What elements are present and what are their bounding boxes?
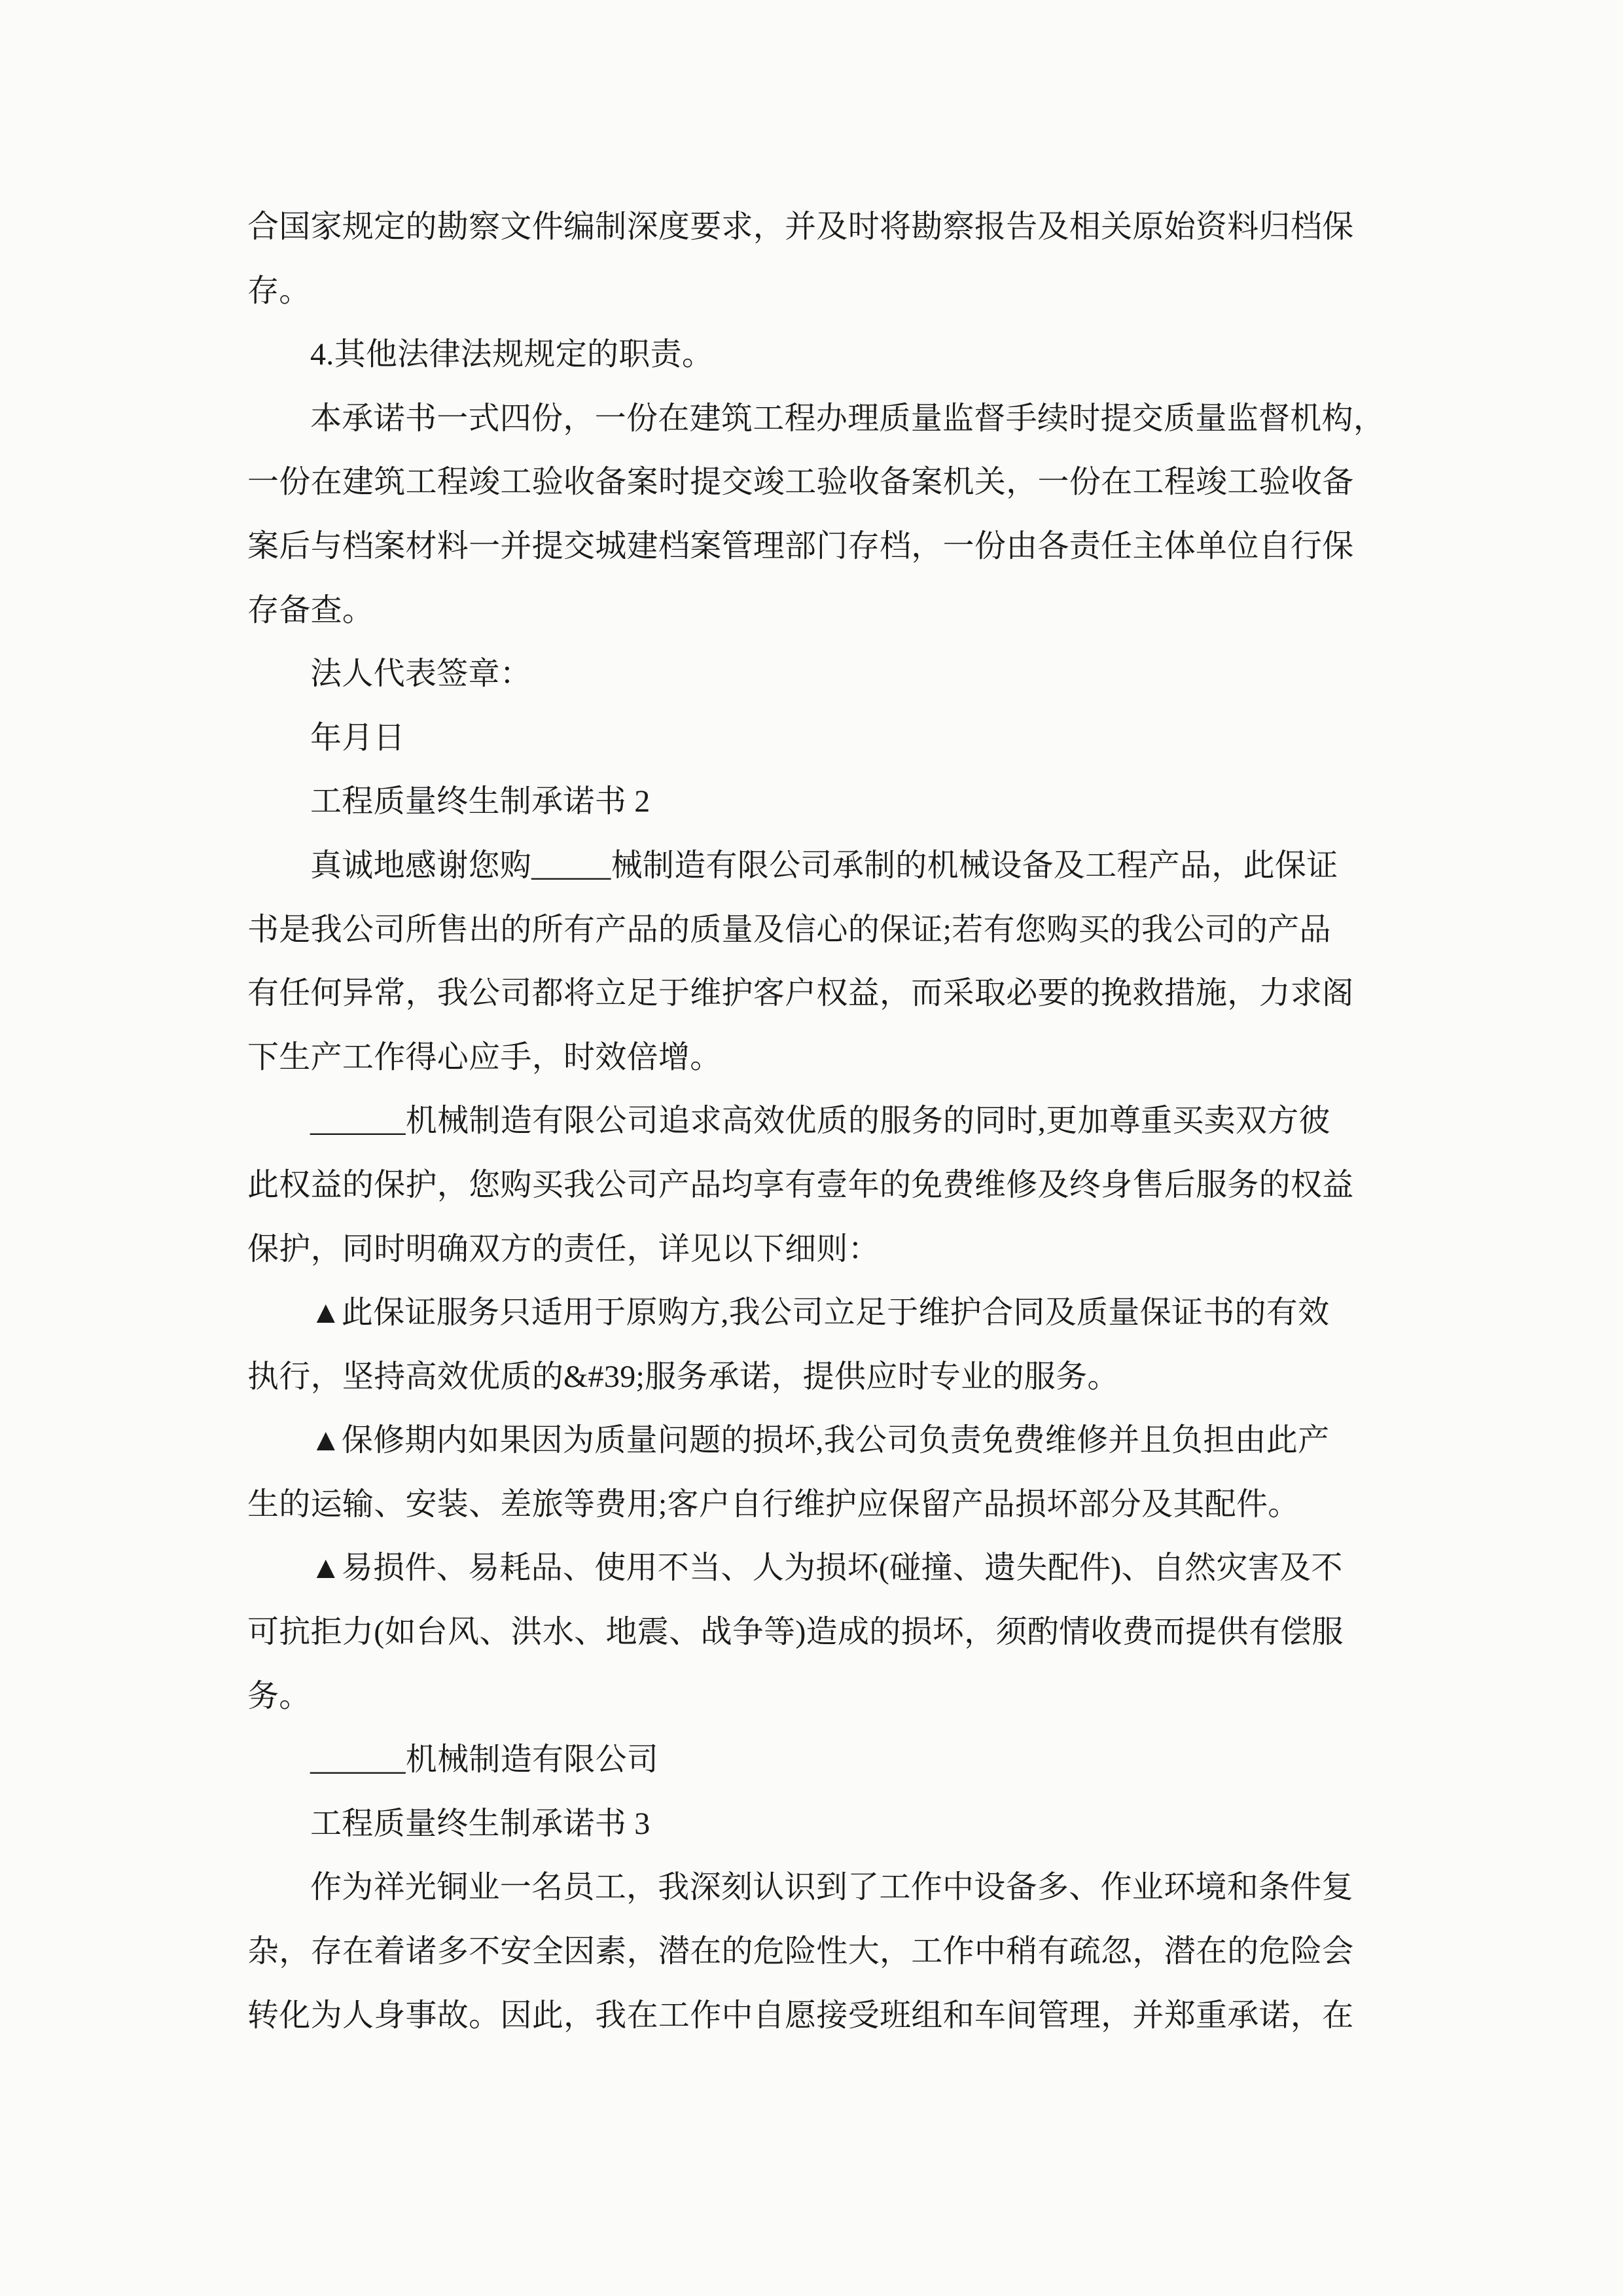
text-line: 年月日 <box>247 706 1402 770</box>
document-body: 合国家规定的勘察文件编制深度要求，并及时将勘察报告及相关原始资料归档保存。4.其… <box>247 195 1402 2047</box>
text-line: 工程质量终生制承诺书 3 <box>247 1792 1402 1856</box>
text-line: 务。 <box>247 1664 1402 1729</box>
text-line: 执行，坚持高效优质的&#39;服务承诺，提供应时专业的服务。 <box>247 1345 1402 1409</box>
text-line: 此权益的保护，您购买我公司产品均享有壹年的免费维修及终身售后服务的权益 <box>247 1153 1402 1217</box>
text-line: ▲此保证服务只适用于原购方,我公司立足于维护合同及质量保证书的有效 <box>247 1281 1402 1345</box>
text-line: ▲保修期内如果因为质量问题的损坏,我公司负责免费维修并且负担由此产 <box>247 1408 1402 1473</box>
text-line: 保护，同时明确双方的责任，详见以下细则： <box>247 1217 1402 1282</box>
text-line: 合国家规定的勘察文件编制深度要求，并及时将勘察报告及相关原始资料归档保 <box>247 195 1402 259</box>
text-line: 作为祥光铜业一名员工，我深刻认识到了工作中设备多、作业环境和条件复 <box>247 1856 1402 1920</box>
text-line: 可抗拒力(如台风、洪水、地震、战争等)造成的损坏，须酌情收费而提供有偿服 <box>247 1600 1402 1664</box>
text-line: 真诚地感谢您购_____械制造有限公司承制的机械设备及工程产品，此保证 <box>247 834 1402 898</box>
text-line: ▲易损件、易耗品、使用不当、人为损坏(碰撞、遗失配件)、自然灾害及不 <box>247 1536 1402 1600</box>
text-line: 有任何异常，我公司都将立足于维护客户权益，而采取必要的挽救措施，力求阁 <box>247 961 1402 1026</box>
text-line: 存。 <box>247 259 1402 323</box>
text-line: 本承诺书一式四份，一份在建筑工程办理质量监督手续时提交质量监督机构， <box>247 387 1402 451</box>
text-line: 存备查。 <box>247 579 1402 643</box>
text-line: 杂，存在着诸多不安全因素，潜在的危险性大，工作中稍有疏忽，潜在的危险会 <box>247 1920 1402 1984</box>
text-line: ______机械制造有限公司追求高效优质的服务的同时,更加尊重买卖双方彼 <box>247 1089 1402 1153</box>
text-line: 转化为人身事故。因此，我在工作中自愿接受班组和车间管理，并郑重承诺，在 <box>247 1984 1402 2048</box>
text-line: 法人代表签章： <box>247 642 1402 706</box>
document-page: 合国家规定的勘察文件编制深度要求，并及时将勘察报告及相关原始资料归档保存。4.其… <box>0 0 1623 2296</box>
screenshot-root: { "page": { "background_color": "#fbfbfa… <box>0 0 1623 2296</box>
text-line: 案后与档案材料一并提交城建档案管理部门存档，一份由各责任主体单位自行保 <box>247 514 1402 579</box>
text-line: 下生产工作得心应手，时效倍增。 <box>247 1026 1402 1090</box>
text-line: 书是我公司所售出的所有产品的质量及信心的保证;若有您购买的我公司的产品 <box>247 898 1402 962</box>
text-line: 工程质量终生制承诺书 2 <box>247 770 1402 834</box>
text-line: ______机械制造有限公司 <box>247 1728 1402 1792</box>
text-line: 生的运输、安装、差旅等费用;客户自行维护应保留产品损坏部分及其配件。 <box>247 1473 1402 1537</box>
text-line: 一份在建筑工程竣工验收备案时提交竣工验收备案机关，一份在工程竣工验收备 <box>247 450 1402 514</box>
text-line: 4.其他法律法规规定的职责。 <box>247 323 1402 387</box>
